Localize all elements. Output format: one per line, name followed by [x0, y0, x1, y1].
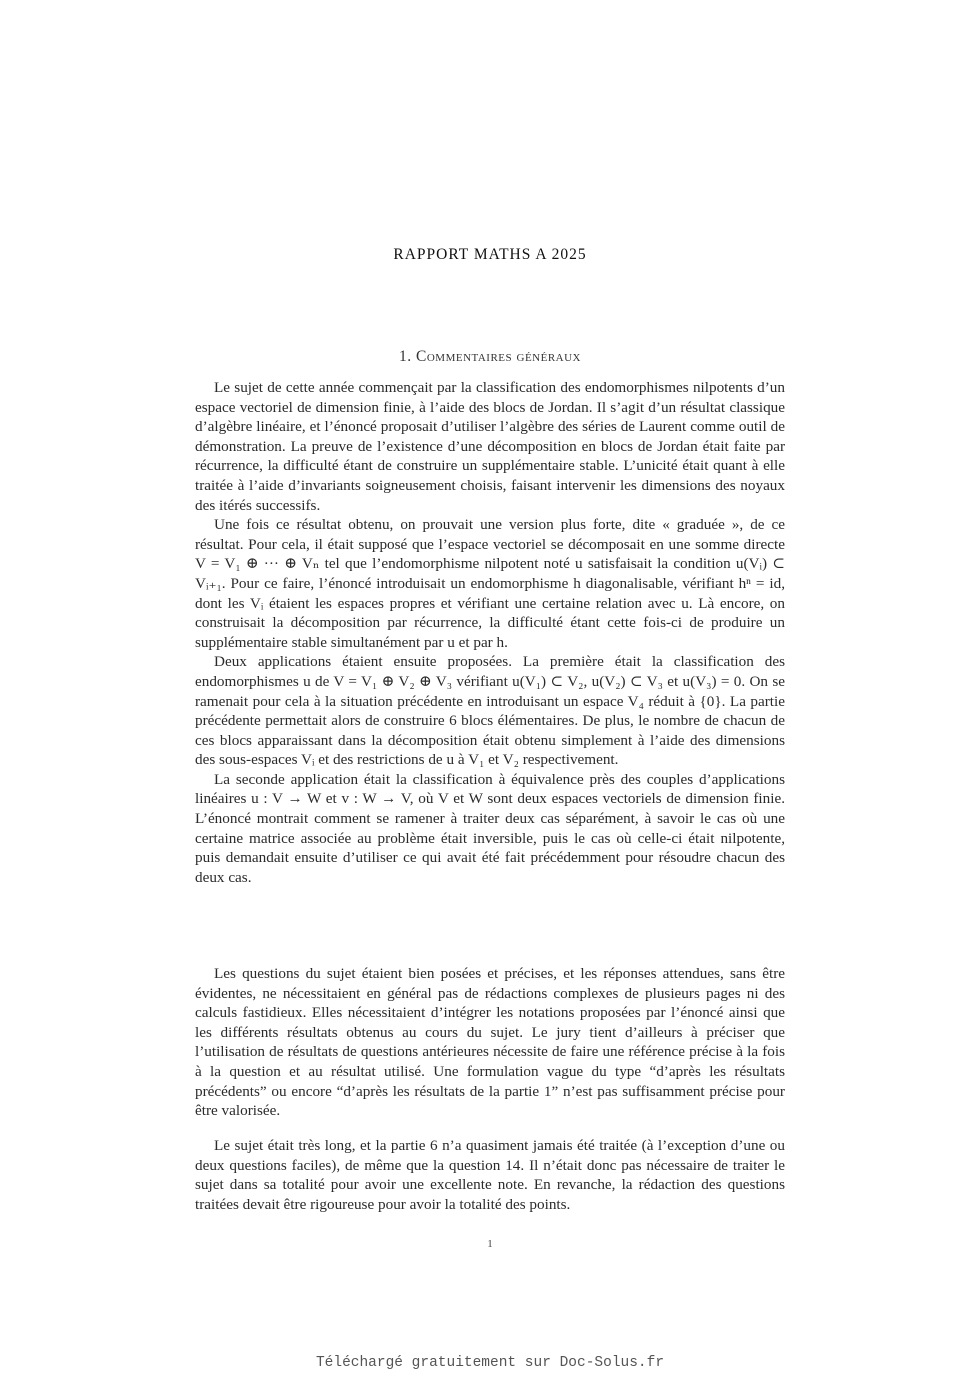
body-block-3: Le sujet était très long, et la partie 6…: [195, 1136, 785, 1214]
page-title: RAPPORT MATHS A 2025: [0, 246, 980, 264]
paragraph: Le sujet était très long, et la partie 6…: [195, 1136, 785, 1214]
body-block-2: Les questions du sujet étaient bien posé…: [195, 964, 785, 1121]
paragraph: Deux applications étaient ensuite propos…: [195, 652, 785, 770]
paragraph: Le sujet de cette année commençait par l…: [195, 378, 785, 515]
page-number: 1: [0, 1238, 980, 1250]
footer-download-note: Téléchargé gratuitement sur Doc-Solus.fr: [0, 1355, 980, 1371]
section-heading: 1. Commentaires généraux: [0, 348, 980, 366]
paragraph: La seconde application était la classifi…: [195, 770, 785, 888]
body-block-1: Le sujet de cette année commençait par l…: [195, 378, 785, 887]
paragraph: Une fois ce résultat obtenu, on prouvait…: [195, 515, 785, 652]
paragraph: Les questions du sujet étaient bien posé…: [195, 964, 785, 1121]
